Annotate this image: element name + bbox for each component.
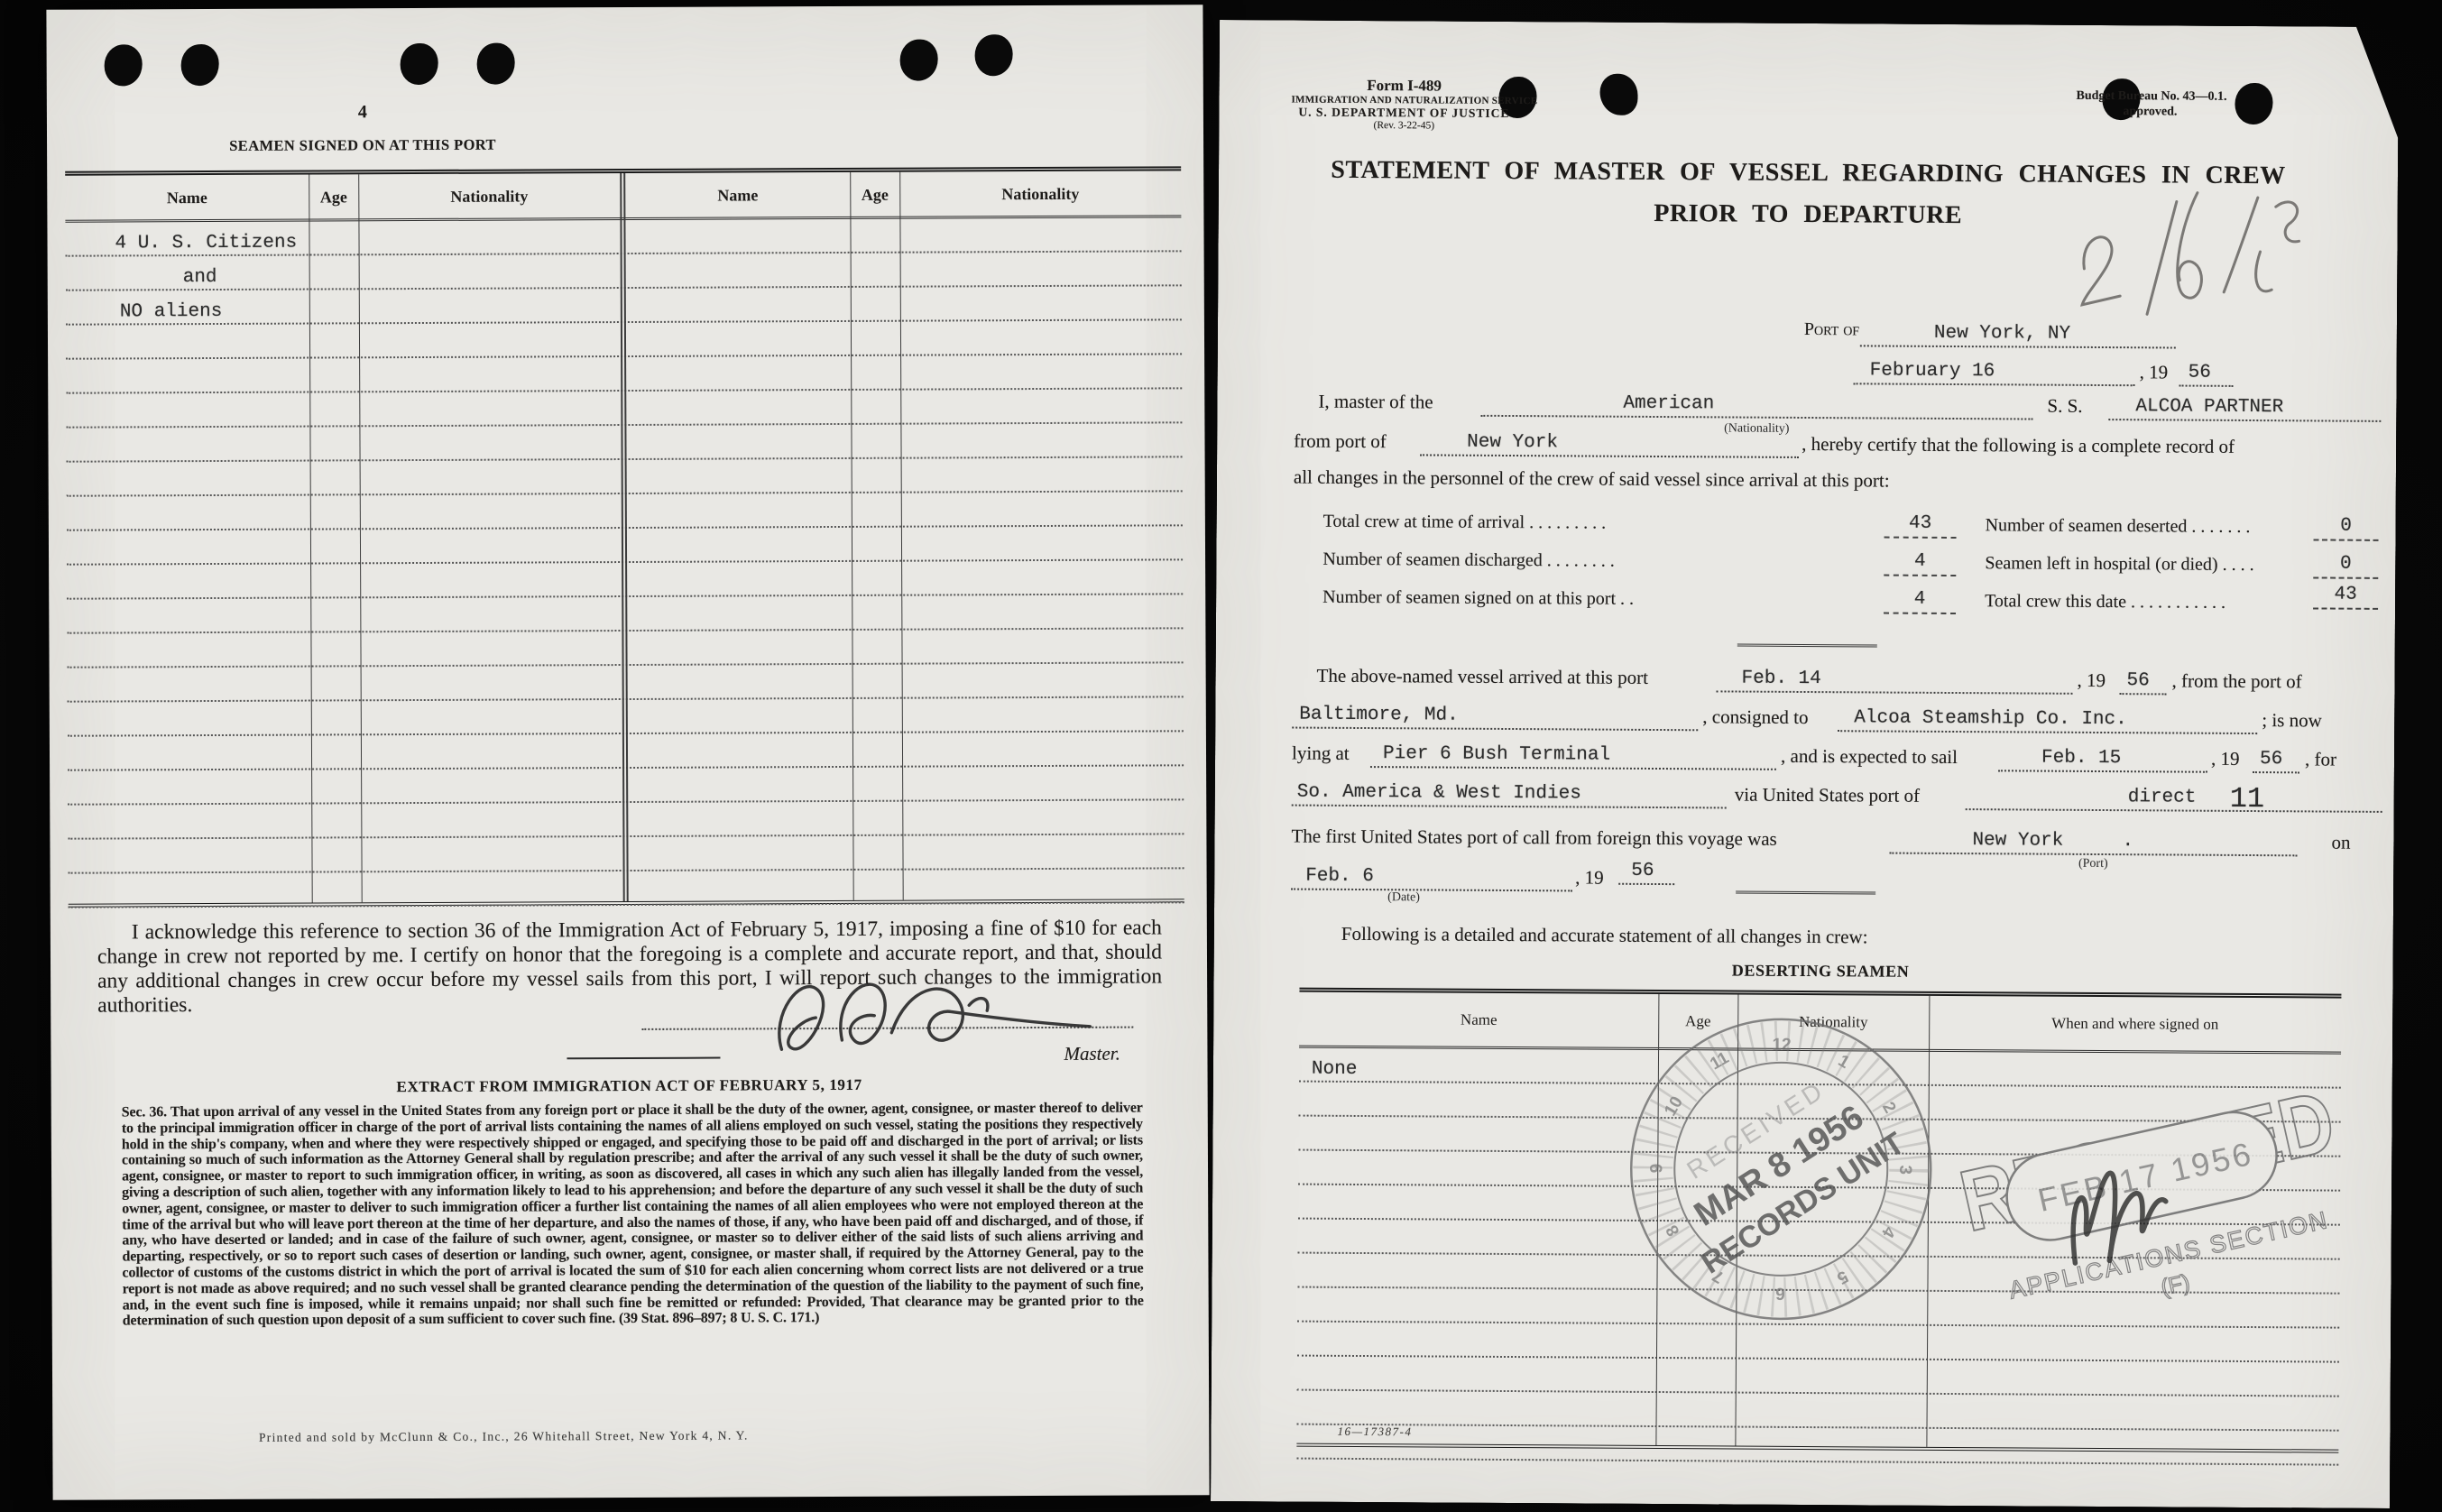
budget-bureau-number: Budget Bureau No. 43—0.1. (2076, 88, 2382, 106)
first-port-year-field: 56 (1618, 854, 1674, 885)
stat-value: 4 (1884, 589, 1956, 610)
arrival-year-value: 56 (2127, 670, 2150, 691)
form-print-code: 16—17387-4 (1337, 1424, 1412, 1440)
via-port-value: direct (2128, 787, 2197, 807)
from-port-field: New York (1420, 425, 1799, 458)
page-number: 4 (318, 102, 408, 123)
hole-punch (975, 34, 1013, 76)
stat-value: 0 (2314, 515, 2379, 536)
date-field: February 16 (1854, 354, 2135, 386)
certify-suffix-text: , hereby certify that the following is a… (1802, 433, 2235, 458)
first-port-field: New York . (1889, 824, 2297, 857)
arrival-text: , 19 (2077, 669, 2106, 692)
column-header-nationality: Nationality (899, 171, 1181, 217)
column-header-nationality: Nationality (358, 173, 620, 219)
stat-label: Seamen left in hospital (or died) . . . … (1985, 553, 2253, 576)
first-port-date-value: Feb. 6 (1305, 866, 1374, 887)
stat-label: Total crew this date . . . . . . . . . .… (1985, 591, 2225, 613)
stamp-dial-number: 1 (1835, 1051, 1853, 1073)
port-field: New York, NY (1860, 316, 2176, 348)
sail-date-field: Feb. 15 (1998, 741, 2207, 772)
stats-row: Number of seamen discharged . . . . . . … (1216, 543, 2395, 586)
stamp-dial-number: 12 (1772, 1036, 1791, 1055)
table-row (1296, 1425, 2338, 1466)
arrival-text: , 19 (2211, 748, 2240, 770)
stat-value-line: 4 (1884, 585, 1956, 614)
section-divider-line (567, 1057, 720, 1060)
stamp-dial-number: 5 (1833, 1267, 1851, 1288)
vessel-name-value: ALCOA PARTNER (2135, 396, 2283, 418)
nationality-value: American (1623, 393, 1714, 415)
seamen-signed-on-table: Name Age Nationality Name Age Nationalit… (65, 166, 1184, 907)
form-identifier-block: Form I-489 Immigration and Naturalizatio… (1291, 77, 1516, 133)
scan-background: 4 SEAMEN SIGNED ON AT THIS PORT Name Age… (0, 0, 2442, 1512)
lying-at-value: Pier 6 Bush Terminal (1383, 743, 1610, 766)
printer-imprint: Printed and sold by McClunn & Co., Inc.,… (52, 1427, 954, 1445)
section-divider-line (1737, 644, 1877, 648)
stat-label: Total crew at time of arrival . . . . . … (1323, 512, 1607, 534)
stat-value-line: 0 (2314, 512, 2379, 540)
date-value: February 16 (1870, 360, 1995, 382)
arrival-text: via United States port of (1735, 784, 1920, 807)
stamp-dial-number: 10 (1661, 1093, 1687, 1120)
arrival-text: ; is now (2262, 709, 2322, 732)
year-19-label: , 19 (2140, 361, 2169, 383)
extract-heading: EXTRACT FROM IMMIGRATION ACT OF FEBRUARY… (51, 1074, 1208, 1098)
stat-label: Number of seamen deserted . . . . . . . (1986, 515, 2251, 538)
stat-label: Number of seamen signed on at this port … (1322, 587, 1634, 610)
revision-date: (Rev. 3-22-45) (1291, 120, 1516, 133)
extract-body: Sec. 36. That upon arrival of any vessel… (122, 1101, 1144, 1330)
sail-year-field: 56 (2253, 742, 2299, 773)
hole-punch (181, 44, 219, 86)
master-of-label: I, master of the (1318, 391, 1433, 414)
destination-field: So. America & West Indies (1292, 776, 1727, 809)
stat-label: Number of seamen discharged . . . . . . … (1322, 549, 1615, 572)
consignee-value: Alcoa Steamship Co. Inc. (1854, 707, 2127, 730)
first-port-value: New York (1972, 830, 2063, 852)
stat-value: 0 (2313, 553, 2378, 574)
nationality-field: American (1480, 386, 2032, 420)
arrival-text: , and is expected to sail (1781, 745, 1958, 769)
stamp-dial-number: 8 (1663, 1222, 1683, 1240)
hole-punch (401, 43, 438, 85)
following-statement: Following is a detailed and accurate sta… (1341, 923, 1868, 949)
hole-punch (900, 39, 938, 80)
master-signature-label: Master. (1064, 1043, 1120, 1065)
lying-at-field: Pier 6 Bush Terminal (1370, 737, 1776, 770)
year-value: 56 (2189, 363, 2211, 383)
first-port-text: The first United States port of call fro… (1291, 825, 1776, 851)
stats-row: Total crew at time of arrival . . . . . … (1216, 505, 2395, 549)
ss-label: S. S. (2047, 395, 2082, 418)
hole-punch (105, 44, 143, 86)
stamp-dial-number: 6 (1775, 1284, 1785, 1303)
records-unit-received-stamp: 12 1 2 3 4 5 6 7 8 9 10 11 RECEIVED MAR … (1617, 1006, 1944, 1332)
stats-row: Number of seamen signed on at this port … (1216, 581, 2395, 624)
handwritten-date-scrawl (2030, 143, 2328, 343)
port-of-label: Port of (1804, 319, 1859, 340)
port-value: New York, NY (1934, 323, 2070, 345)
year-field: 56 (2179, 356, 2234, 387)
right-page: Form I-489 Immigration and Naturalizatio… (1211, 20, 2399, 1508)
arrival-text: , for (2305, 748, 2336, 770)
column-header-when: When and where signed on (1929, 996, 2341, 1053)
hole-punch (477, 43, 515, 85)
seamen-signed-on-title: SEAMEN SIGNED ON AT THIS PORT (101, 135, 624, 156)
vessel-name-field: ALCOA PARTNER (2108, 390, 2381, 422)
left-page: 4 SEAMEN SIGNED ON AT THIS PORT Name Age… (46, 5, 1209, 1500)
arrival-date-field: Feb. 14 (1716, 661, 2072, 694)
handstamped-page-number: 11 (2230, 782, 2265, 816)
crew-entry: and (66, 267, 217, 289)
from-port-of-field: Baltimore, Md. (1292, 698, 1698, 732)
deserting-entry: None (1299, 1059, 1358, 1080)
stamp-dial-number: 9 (1647, 1164, 1666, 1174)
stamp-dial-number: 4 (1877, 1222, 1899, 1240)
consignee-field: Alcoa Steamship Co. Inc. (1838, 701, 2257, 734)
stamp-dial-number: 3 (1895, 1165, 1914, 1175)
stat-value: 4 (1884, 551, 1956, 572)
arrival-date-value: Feb. 14 (1742, 668, 1821, 690)
stat-value-line: 0 (2313, 549, 2378, 578)
arrival-text: , consigned to (1702, 705, 1808, 729)
date-sublabel: (Date) (1350, 890, 1458, 906)
stat-value: 43 (1884, 513, 1957, 534)
first-port-year19: , 19 (1575, 866, 1604, 889)
column-header-name: Name (625, 172, 850, 218)
arrival-year-field: 56 (2119, 664, 2166, 695)
from-port-label: from port of (1294, 430, 1387, 454)
form-number: Form I-489 (1292, 77, 1517, 97)
from-port-of-value: Baltimore, Md. (1299, 705, 1459, 726)
hole-punch (1599, 74, 1637, 115)
deserting-seamen-heading: DESERTING SEAMEN (1300, 959, 2342, 984)
first-port-date-field: Feb. 6 (1291, 860, 1572, 892)
budget-bureau-block: Budget Bureau No. 43—0.1. approved. (2076, 88, 2382, 121)
arrival-text: The above-named vessel arrived at this p… (1317, 665, 1649, 689)
column-header-name: Name (1299, 992, 1658, 1048)
from-port-value: New York (1467, 432, 1558, 454)
arrival-text: lying at (1292, 742, 1350, 765)
via-port-field: direct (1966, 779, 2382, 813)
column-header-name: Name (65, 175, 309, 221)
department-name: U. S. DEPARTMENT OF JUSTICE (1291, 106, 1516, 122)
budget-approved: approved. (2076, 104, 2382, 121)
sail-date-value: Feb. 15 (2041, 748, 2121, 770)
stamp-f-text: (F) (2159, 1269, 2192, 1300)
first-port-period: . (2122, 831, 2133, 852)
arrival-line: So. America & West Indies via United Sta… (1215, 773, 2394, 820)
sail-year-value: 56 (2260, 749, 2282, 770)
column-header-age: Age (850, 172, 899, 217)
destination-value: So. America & West Indies (1297, 782, 1581, 805)
on-word: on (2331, 832, 2350, 854)
first-port-year-value: 56 (1631, 861, 1654, 881)
stat-value-line: 43 (2313, 580, 2378, 609)
stat-value-line: 4 (1884, 548, 1956, 576)
stat-value-line: 43 (1884, 510, 1957, 539)
stat-value: 43 (2313, 584, 2378, 604)
arrival-text: , from the port of (2171, 669, 2301, 693)
column-header-age: Age (309, 174, 358, 219)
crew-entry: 4 U. S. Citizens (65, 233, 297, 254)
certify-line2-text: all changes in the personnel of the crew… (1294, 466, 1890, 493)
crew-entry: NO aliens (66, 301, 223, 323)
